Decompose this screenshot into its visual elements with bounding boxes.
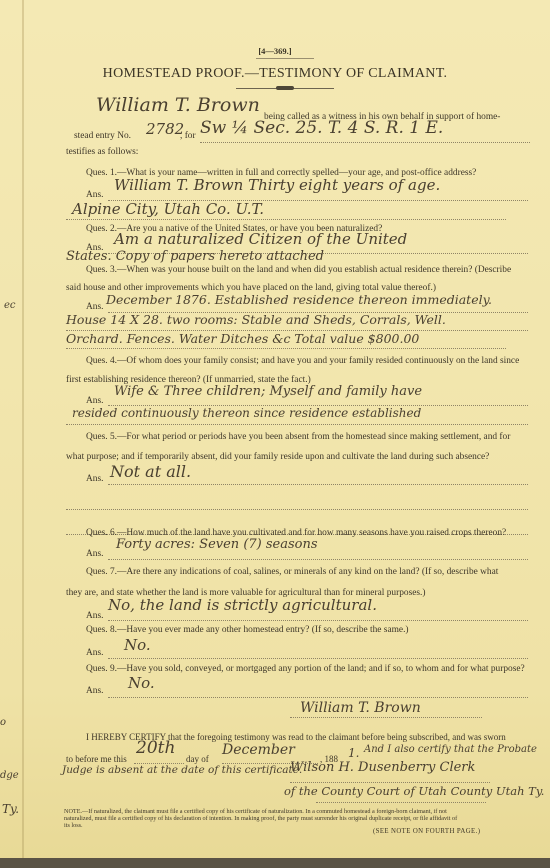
for-label: , for — [180, 131, 196, 141]
ans-label-9: Ans. — [86, 686, 103, 696]
answer-1-line-2: Alpine City, Utah Co. U.T. — [72, 200, 264, 218]
answer-8: No. — [124, 636, 151, 654]
official-signature: Wilson H. Dusenberry Clerk — [290, 760, 475, 775]
question-4: Ques. 4.—Of whom does your family consis… — [86, 356, 519, 366]
sworn-prefix: to before me this — [66, 754, 127, 764]
answer-4-line-1: Wife & Three children; Myself and family… — [114, 384, 422, 399]
answer-1-line-1: William T. Brown Thirty eight years of a… — [114, 176, 440, 194]
land-description: Sw ¼ Sec. 25. T. 4 S. R. 1 E. — [200, 118, 443, 138]
scan-bottom-edge — [0, 858, 550, 868]
ans-label-1: Ans. — [86, 190, 103, 200]
answer-2-line-2: States. Copy of papers hereto attached — [66, 249, 324, 264]
answer-line — [108, 484, 528, 485]
sworn-day: 20th — [136, 738, 175, 758]
answer-6: Forty acres: Seven (7) seasons — [116, 537, 318, 552]
see-note: (SEE NOTE ON FOURTH PAGE.) — [373, 828, 480, 835]
answer-3-line-2: House 14 X 28. two rooms: Stable and She… — [66, 312, 446, 327]
question-9: Ques. 9.—Have you sold, conveyed, or mor… — [86, 664, 525, 674]
year-suffix: 1. — [348, 746, 359, 760]
entry-number: 2782 — [146, 120, 184, 138]
answer-line — [66, 509, 528, 510]
form-number-rule — [256, 58, 314, 59]
answer-line — [66, 424, 528, 425]
handwritten-addendum: And I also certify that the Probate — [364, 744, 537, 755]
margin-note: o — [0, 717, 6, 728]
answer-5: Not at all. — [110, 462, 191, 481]
question-8: Ques. 8.—Have you ever made any other ho… — [86, 625, 409, 635]
sworn-month: December — [222, 742, 295, 758]
ans-label-5: Ans. — [86, 474, 103, 484]
question-5: Ques. 5.—For what period or periods have… — [86, 432, 510, 442]
form-number: [4—369.] — [0, 46, 550, 56]
official-title-line — [316, 802, 486, 803]
signature-line — [290, 717, 482, 718]
question-7: Ques. 7.—Are there any indications of co… — [86, 567, 498, 577]
answer-9: No. — [128, 674, 155, 692]
answer-line — [108, 559, 528, 560]
page-fold-line — [22, 0, 24, 860]
answer-line — [108, 620, 528, 621]
entry-label: stead entry No. — [74, 131, 131, 141]
official-signature-line — [290, 782, 490, 783]
testifies-text: testifies as follows: — [66, 147, 138, 157]
ans-label-7: Ans. — [86, 611, 103, 621]
day-of-label: day of — [186, 754, 209, 764]
handwritten-addendum-2: Judge is absent at the date of this cert… — [62, 764, 302, 776]
question-5-cont: what purpose; and if temporarily absent,… — [66, 452, 489, 462]
margin-note: ec — [4, 300, 16, 311]
answer-3-line-1: December 1876. Established residence the… — [106, 292, 492, 307]
answer-2-line-1: Am a naturalized Citizen of the United — [114, 230, 407, 248]
claimant-signature: William T. Brown — [300, 700, 421, 716]
footer-note: NOTE.—If naturalized, the claimant must … — [64, 808, 464, 830]
document-title: HOMESTEAD PROOF.—TESTIMONY OF CLAIMANT. — [0, 66, 550, 82]
claimant-name-handwritten: William T. Brown — [96, 94, 260, 116]
land-description-line — [200, 142, 530, 143]
question-3: Ques. 3.—When was your house built on th… — [86, 265, 511, 275]
answer-3-line-3: Orchard. Fences. Water Ditches &c Total … — [66, 331, 419, 346]
margin-note: Ty. — [2, 802, 19, 816]
ans-label-3: Ans. — [86, 302, 103, 312]
ans-label-4: Ans. — [86, 396, 103, 406]
ans-label-6: Ans. — [86, 549, 103, 559]
answer-line — [108, 697, 528, 698]
margin-note: dge — [0, 770, 19, 781]
title-ornament — [276, 86, 294, 90]
answer-line — [66, 348, 506, 349]
answer-7: No, the land is strictly agricultural. — [108, 596, 377, 614]
answer-line — [66, 219, 506, 220]
answer-line — [108, 658, 528, 659]
ans-label-8: Ans. — [86, 648, 103, 658]
answer-4-line-2: resided continuously thereon since resid… — [72, 406, 421, 420]
official-title: of the County Court of Utah County Utah … — [284, 784, 544, 798]
